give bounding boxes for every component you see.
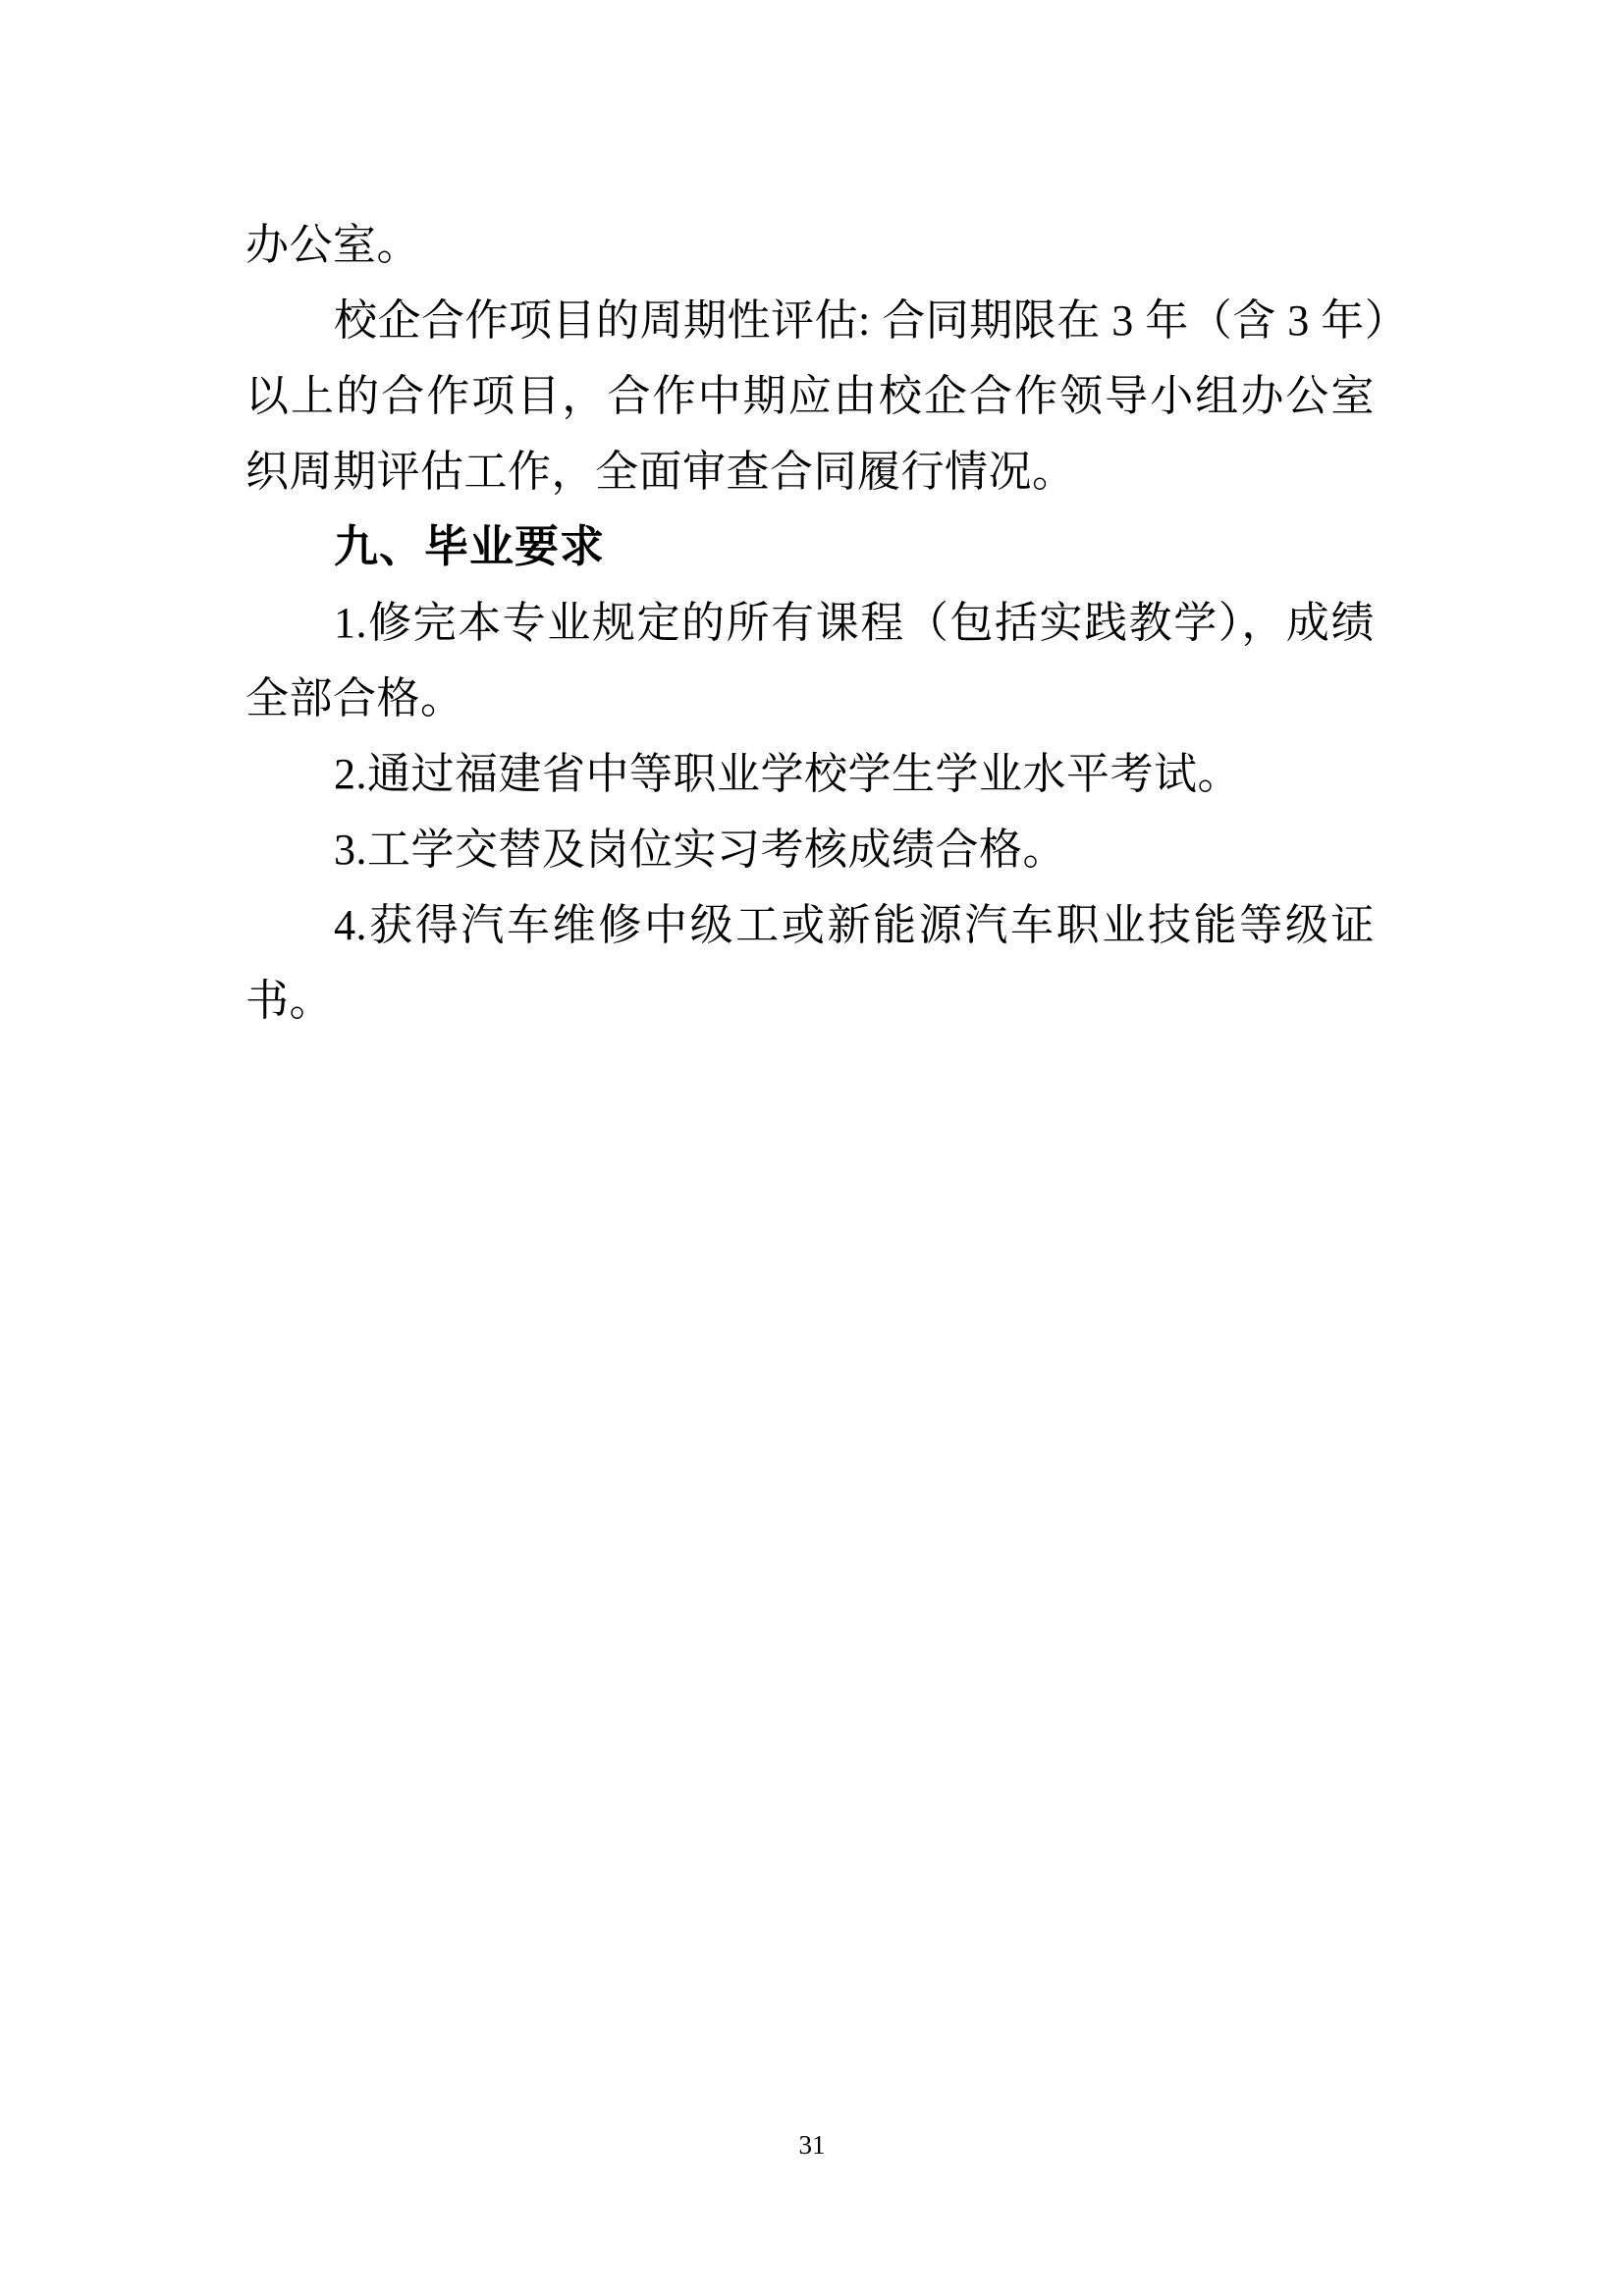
text-line-paragraph-end: 书。 bbox=[245, 974, 333, 1029]
text-line-list-item-1: 1.修完本专业规定的所有课程（包括实践教学），成绩 bbox=[334, 596, 1375, 651]
text-line-paragraph-end: 织周期评估工作，全面审查合同履行情况。 bbox=[245, 445, 1076, 500]
text-line-list-item-2: 2.通过福建省中等职业学校学生学业水平考试。 bbox=[334, 747, 1241, 802]
text-line-list-item-4: 4.获得汽车维修中级工或新能源汽车职业技能等级证 bbox=[334, 898, 1375, 953]
text-line: 以上的合作项目，合作中期应由校企合作领导小组办公室组 bbox=[245, 369, 1375, 424]
document-page: 办公室。 校企合作项目的周期性评估: 合同期限在 3 年（含 3 年） 以上的合… bbox=[0, 0, 1624, 2296]
text-line-paragraph-end: 办公室。 bbox=[245, 218, 420, 273]
text-line-paragraph-start: 校企合作项目的周期性评估: 合同期限在 3 年（含 3 年） bbox=[334, 294, 1408, 348]
page-number: 31 bbox=[0, 2128, 1624, 2162]
text-line-list-item-3: 3.工学交替及岗位实习考核成绩合格。 bbox=[334, 823, 1066, 878]
section-heading: 九、毕业要求 bbox=[334, 519, 605, 574]
text-line-paragraph-end: 全部合格。 bbox=[245, 671, 464, 726]
